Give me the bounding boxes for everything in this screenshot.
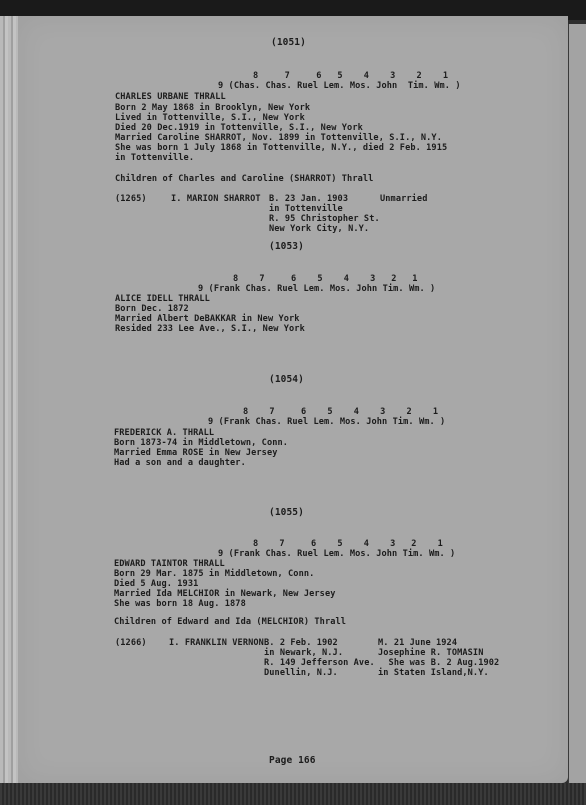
detail-line: Born 1873-74 in Middletown, Conn. bbox=[114, 438, 288, 449]
children-heading: Children of Charles and Caroline (SHARRO… bbox=[115, 174, 373, 185]
person-name: ALICE IDELL THRALL bbox=[115, 294, 210, 305]
detail-line: Lived in Tottenville, S.I., New York bbox=[115, 113, 305, 124]
child-name: I. MARION SHARROT bbox=[171, 194, 261, 205]
child-number: (1266) bbox=[115, 638, 147, 649]
adjacent-page-edge bbox=[568, 24, 586, 784]
lineage-names: 9 (Chas. Chas. Ruel Lem. Mos. John Tim. … bbox=[218, 81, 461, 92]
detail-line: Married Emma ROSE in New Jersey bbox=[114, 448, 278, 459]
child-marriage-line: M. 21 June 1924 bbox=[378, 638, 457, 649]
detail-line: Born 29 Mar. 1875 in Middletown, Conn. bbox=[114, 569, 314, 580]
child-birth-line: R. 95 Christopher St. bbox=[269, 214, 380, 225]
detail-line: Married Caroline SHARROT, Nov. 1899 in T… bbox=[115, 133, 442, 144]
detail-line: Married Albert DeBAKKAR in New York bbox=[115, 314, 300, 325]
child-birth-line: R. 149 Jefferson Ave. bbox=[264, 658, 375, 669]
lineage-numbers: 8 7 6 5 4 3 2 1 bbox=[233, 274, 418, 285]
child-birth-line: B. 2 Feb. 1902 bbox=[264, 638, 338, 649]
lineage-numbers: 8 7 6 5 4 3 2 1 bbox=[253, 71, 448, 82]
child-marriage-line: in Staten Island,N.Y. bbox=[378, 668, 489, 679]
page-stack-edge bbox=[0, 16, 20, 784]
detail-line: Married Ida MELCHIOR in Newark, New Jers… bbox=[114, 589, 336, 600]
entry-number: (1055) bbox=[269, 508, 304, 519]
children-heading: Children of Edward and Ida (MELCHIOR) Th… bbox=[114, 617, 346, 628]
child-marriage-line: Unmarried bbox=[380, 194, 427, 205]
child-birth-line: New York City, N.Y. bbox=[269, 224, 369, 235]
detail-line: Died 5 Aug. 1931 bbox=[114, 579, 198, 590]
detail-line: Resided 233 Lee Ave., S.I., New York bbox=[115, 324, 305, 335]
detail-line: Died 20 Dec.1919 in Tottenville, S.I., N… bbox=[115, 123, 363, 134]
detail-line: Born 2 May 1868 in Brooklyn, New York bbox=[115, 103, 310, 114]
lineage-names: 9 (Frank Chas. Ruel Lem. Mos. John Tim. … bbox=[208, 417, 445, 428]
child-birth-line: B. 23 Jan. 1903 bbox=[269, 194, 348, 205]
lineage-names: 9 (Frank Chas. Ruel Lem. Mos. John Tim. … bbox=[218, 549, 455, 560]
child-marriage-line: She was B. 2 Aug.1902 bbox=[378, 658, 499, 669]
detail-line: She was born 18 Aug. 1878 bbox=[114, 599, 246, 610]
entry-number: (1054) bbox=[269, 375, 304, 386]
entry-number: (1053) bbox=[269, 242, 304, 253]
detail-line: She was born 1 July 1868 in Tottenville,… bbox=[115, 143, 447, 154]
person-name: CHARLES URBANE THRALL bbox=[115, 92, 226, 103]
page-footer: Page 166 bbox=[269, 756, 316, 767]
lineage-numbers: 8 7 6 5 4 3 2 1 bbox=[243, 407, 438, 418]
lineage-numbers: 8 7 6 5 4 3 2 1 bbox=[253, 539, 443, 550]
scanner-edge-bottom bbox=[0, 783, 586, 805]
detail-line: Born Dec. 1872 bbox=[115, 304, 189, 315]
child-birth-line: in Newark, N.J. bbox=[264, 648, 343, 659]
detail-line: in Tottenville. bbox=[115, 153, 194, 164]
person-name: FREDERICK A. THRALL bbox=[114, 428, 214, 439]
lineage-names: 9 (Frank Chas. Ruel Lem. Mos. John Tim. … bbox=[198, 284, 435, 295]
child-name: I. FRANKLIN VERNON bbox=[169, 638, 264, 649]
child-birth-line: Dunellin, N.J. bbox=[264, 668, 338, 679]
person-name: EDWARD TAINTOR THRALL bbox=[114, 559, 225, 570]
entry-number: (1051) bbox=[271, 38, 306, 49]
child-number: (1265) bbox=[115, 194, 147, 205]
child-marriage-line: Josephine R. TOMASIN bbox=[378, 648, 483, 659]
detail-line: Had a son and a daughter. bbox=[114, 458, 246, 469]
child-birth-line: in Tottenville bbox=[269, 204, 343, 215]
